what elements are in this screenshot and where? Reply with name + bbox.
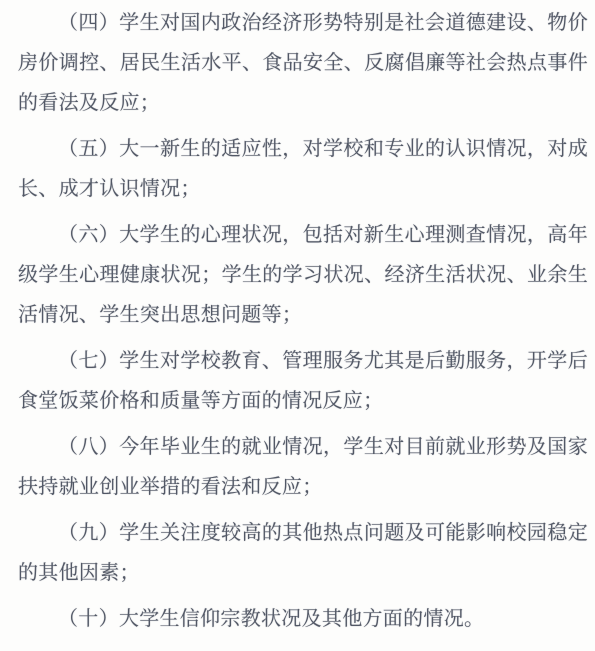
list-item-10: （十）大学生信仰宗教状况及其他方面的情况。 — [18, 599, 588, 639]
item-marker: （四） — [58, 12, 119, 34]
list-item-9: （九）学生关注度较高的其他热点问题及可能影响校园稳定的其他因素； — [18, 513, 588, 593]
item-text: 大学生信仰宗教状况及其他方面的情况。 — [119, 608, 484, 630]
item-marker: （九） — [58, 522, 119, 544]
item-marker: （六） — [58, 224, 119, 246]
item-marker: （十） — [58, 608, 119, 630]
item-marker: （五） — [58, 138, 119, 160]
document-page: （四）学生对国内政治经济形势特别是社会道德建设、物价房价调控、居民生活水平、食品… — [0, 0, 595, 651]
list-item-6: （六）大学生的心理状况，包括对新生心理测查情况，高年级学生心理健康状况；学生的学… — [18, 215, 588, 335]
list-item-4: （四）学生对国内政治经济形势特别是社会道德建设、物价房价调控、居民生活水平、食品… — [18, 3, 588, 123]
list-item-7: （七）学生对学校教育、管理服务尤其是后勤服务，开学后食堂饭菜价格和质量等方面的情… — [18, 341, 588, 421]
list-item-8: （八）今年毕业生的就业情况，学生对目前就业形势及国家扶持就业创业举措的看法和反应… — [18, 427, 588, 507]
item-marker: （七） — [58, 350, 119, 372]
item-marker: （八） — [58, 436, 119, 458]
list-item-5: （五）大一新生的适应性，对学校和专业的认识情况，对成长、成才认识情况； — [18, 129, 588, 209]
